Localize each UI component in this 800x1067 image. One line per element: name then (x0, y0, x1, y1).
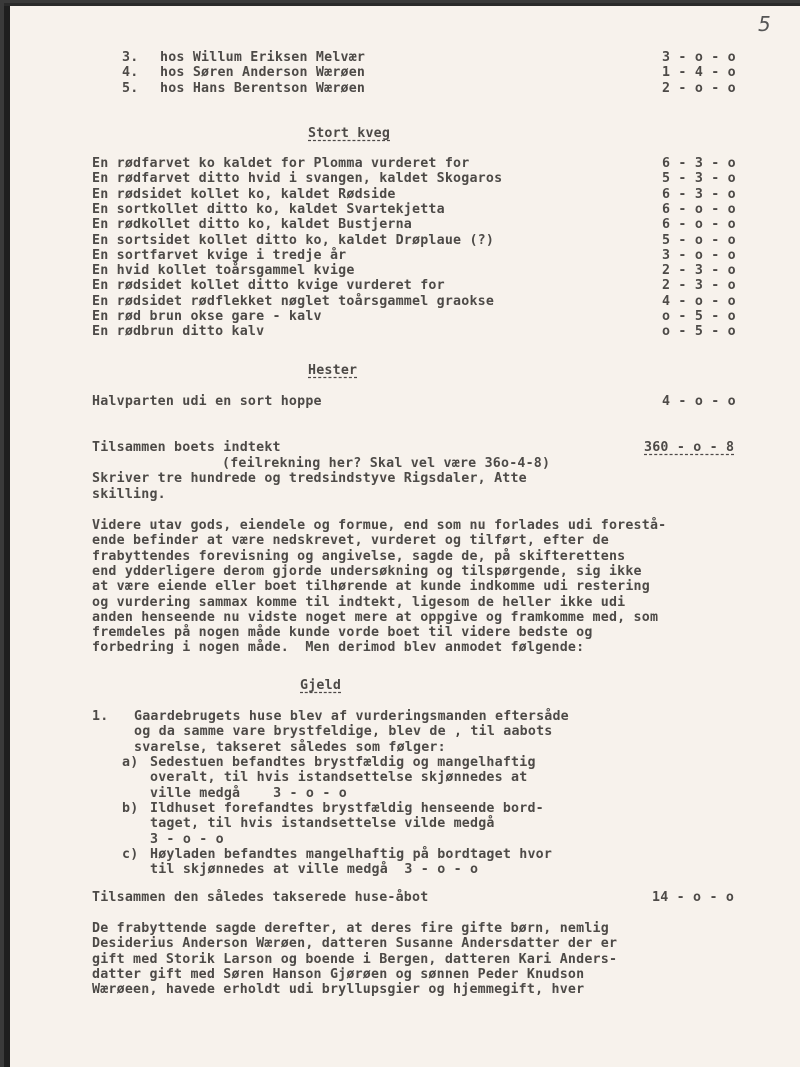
horse-item: Halvparten udi en sort hoppe (92, 394, 322, 409)
debt-subitem-text: taget, til hvis istandsettelse vilde med… (150, 816, 495, 831)
list-item-text: hos Hans Berentson Wærøen (160, 81, 365, 96)
horse-value: 4 - o - o (662, 394, 736, 409)
livestock-value: 3 - o - o (662, 248, 736, 263)
total-income-words: Skriver tre hundrede og tredsindstyve Ri… (92, 471, 527, 486)
paragraph-line: anden henseende nu vidste noget mere at … (92, 610, 658, 625)
livestock-item: En rødbrun ditto kalv (92, 324, 264, 339)
section-heading-stort-kveg: Stort kveg (308, 126, 390, 141)
total-income-label: Tilsammen boets indtekt (92, 440, 281, 455)
section-heading-gjeld: Gjeld (300, 678, 341, 693)
paragraph-line: at være eiende eller boet tilhørende at … (92, 579, 650, 594)
paragraph-line: frabyttendes forevisning og angivelse, s… (92, 549, 625, 564)
paragraph-line: De frabyttende sagde derefter, at deres … (92, 921, 609, 936)
debt-subitem-text: Sedestuen befandtes brystfældig og mange… (150, 755, 536, 770)
livestock-item: En sortfarvet kvige i tredje år (92, 248, 346, 263)
paragraph-line: Desiderius Anderson Wærøen, datteren Sus… (92, 936, 617, 951)
debt-total-value: 14 - o - o (652, 890, 734, 905)
paragraph-line: Videre utav gods, eiendele og formue, en… (92, 518, 666, 533)
paragraph-line: fremdeles på nogen måde kunde vorde boet… (92, 625, 593, 640)
paragraph-line: datter gift med Søren Hanson Gjørøen og … (92, 967, 584, 982)
list-item-value: 1 - 4 - o (662, 65, 736, 80)
list-number: 4. (122, 65, 138, 80)
livestock-value: 6 - 3 - o (662, 156, 736, 171)
list-number: 3. (122, 50, 138, 65)
debt-item-number: 1. (92, 709, 108, 724)
livestock-value: o - 5 - o (662, 324, 736, 339)
livestock-value: 4 - o - o (662, 294, 736, 309)
debt-subitem-label: b) (122, 801, 138, 816)
debt-item-text: Gaardebrugets huse blev af vurderingsman… (134, 709, 569, 724)
paragraph-line: og vurdering sammax komme til indtekt, l… (92, 595, 625, 610)
livestock-item: En hvid kollet toårsgammel kvige (92, 263, 355, 278)
livestock-item: En rødfarvet ko kaldet for Plomma vurder… (92, 156, 469, 171)
section-heading-hester: Hester (308, 363, 357, 378)
livestock-value: 5 - o - o (662, 233, 736, 248)
livestock-value: 5 - 3 - o (662, 171, 736, 186)
document-page: 5 3.hos Willum Eriksen Melvær3 - o - o4.… (4, 3, 800, 1067)
debt-subitem-label: a) (122, 755, 138, 770)
debt-subitem-text: Ildhuset forefandtes brystfældig henseen… (150, 801, 544, 816)
page-number: 5 (758, 12, 771, 36)
livestock-value: 2 - 3 - o (662, 278, 736, 293)
livestock-item: En sortkollet ditto ko, kaldet Svartekje… (92, 202, 445, 217)
paragraph-line: gift med Storik Larson og boende i Berge… (92, 952, 617, 967)
total-income-value: 360 - o - 8 (644, 440, 734, 455)
paragraph-line: ende befinder at være nedskrevet, vurder… (92, 533, 609, 548)
debt-subitem-text: overalt, til hvis istandsettelse skjønne… (150, 770, 527, 785)
paragraph-line: forbedring i nogen måde. Men derimod ble… (92, 640, 584, 655)
livestock-value: 6 - o - o (662, 217, 736, 232)
list-item-value: 2 - o - o (662, 81, 736, 96)
livestock-item: En sortsidet kollet ditto ko, kaldet Drø… (92, 233, 494, 248)
livestock-value: 6 - o - o (662, 202, 736, 217)
list-number: 5. (122, 81, 138, 96)
debt-subitem-label: c) (122, 847, 138, 862)
livestock-value: 2 - 3 - o (662, 263, 736, 278)
livestock-item: En rødsidet kollet ditto kvige vurderet … (92, 278, 445, 293)
livestock-item: En rødsidet kollet ko, kaldet Rødside (92, 187, 396, 202)
debt-item-text: og da samme vare brystfeldige, blev de ,… (134, 724, 552, 739)
list-item-text: hos Willum Eriksen Melvær (160, 50, 365, 65)
livestock-item: En rød brun okse gare - kalv (92, 309, 322, 324)
livestock-item: En rødfarvet ditto hvid i svangen, kalde… (92, 171, 502, 186)
livestock-item: En rødsidet rødflekket nøglet toårsgamme… (92, 294, 494, 309)
paragraph-line: end ydderligere derom gjorde undersøknin… (92, 564, 642, 579)
debt-item-text: svarelse, takseret således som følger: (134, 740, 446, 755)
debt-subitem-text: til skjønnedes at ville medgå 3 - o - o (150, 862, 478, 877)
livestock-value: o - 5 - o (662, 309, 736, 324)
livestock-value: 6 - 3 - o (662, 187, 736, 202)
total-income-words: skilling. (92, 487, 166, 502)
debt-subitem-text: ville medgå 3 - o - o (150, 786, 347, 801)
debt-total-label: Tilsammen den således takserede huse-åbo… (92, 890, 428, 905)
debt-subitem-text: 3 - o - o (150, 832, 224, 847)
total-income-note: (feilrekning her? Skal vel være 36o-4-8) (222, 456, 550, 471)
paragraph-line: Wærøeen, havede erholdt udi bryllupsgier… (92, 982, 584, 997)
list-item-value: 3 - o - o (662, 50, 736, 65)
list-item-text: hos Søren Anderson Wærøen (160, 65, 365, 80)
debt-subitem-text: Høyladen befandtes mangelhaftig på bordt… (150, 847, 552, 862)
livestock-item: En rødkollet ditto ko, kaldet Bustjerna (92, 217, 412, 232)
